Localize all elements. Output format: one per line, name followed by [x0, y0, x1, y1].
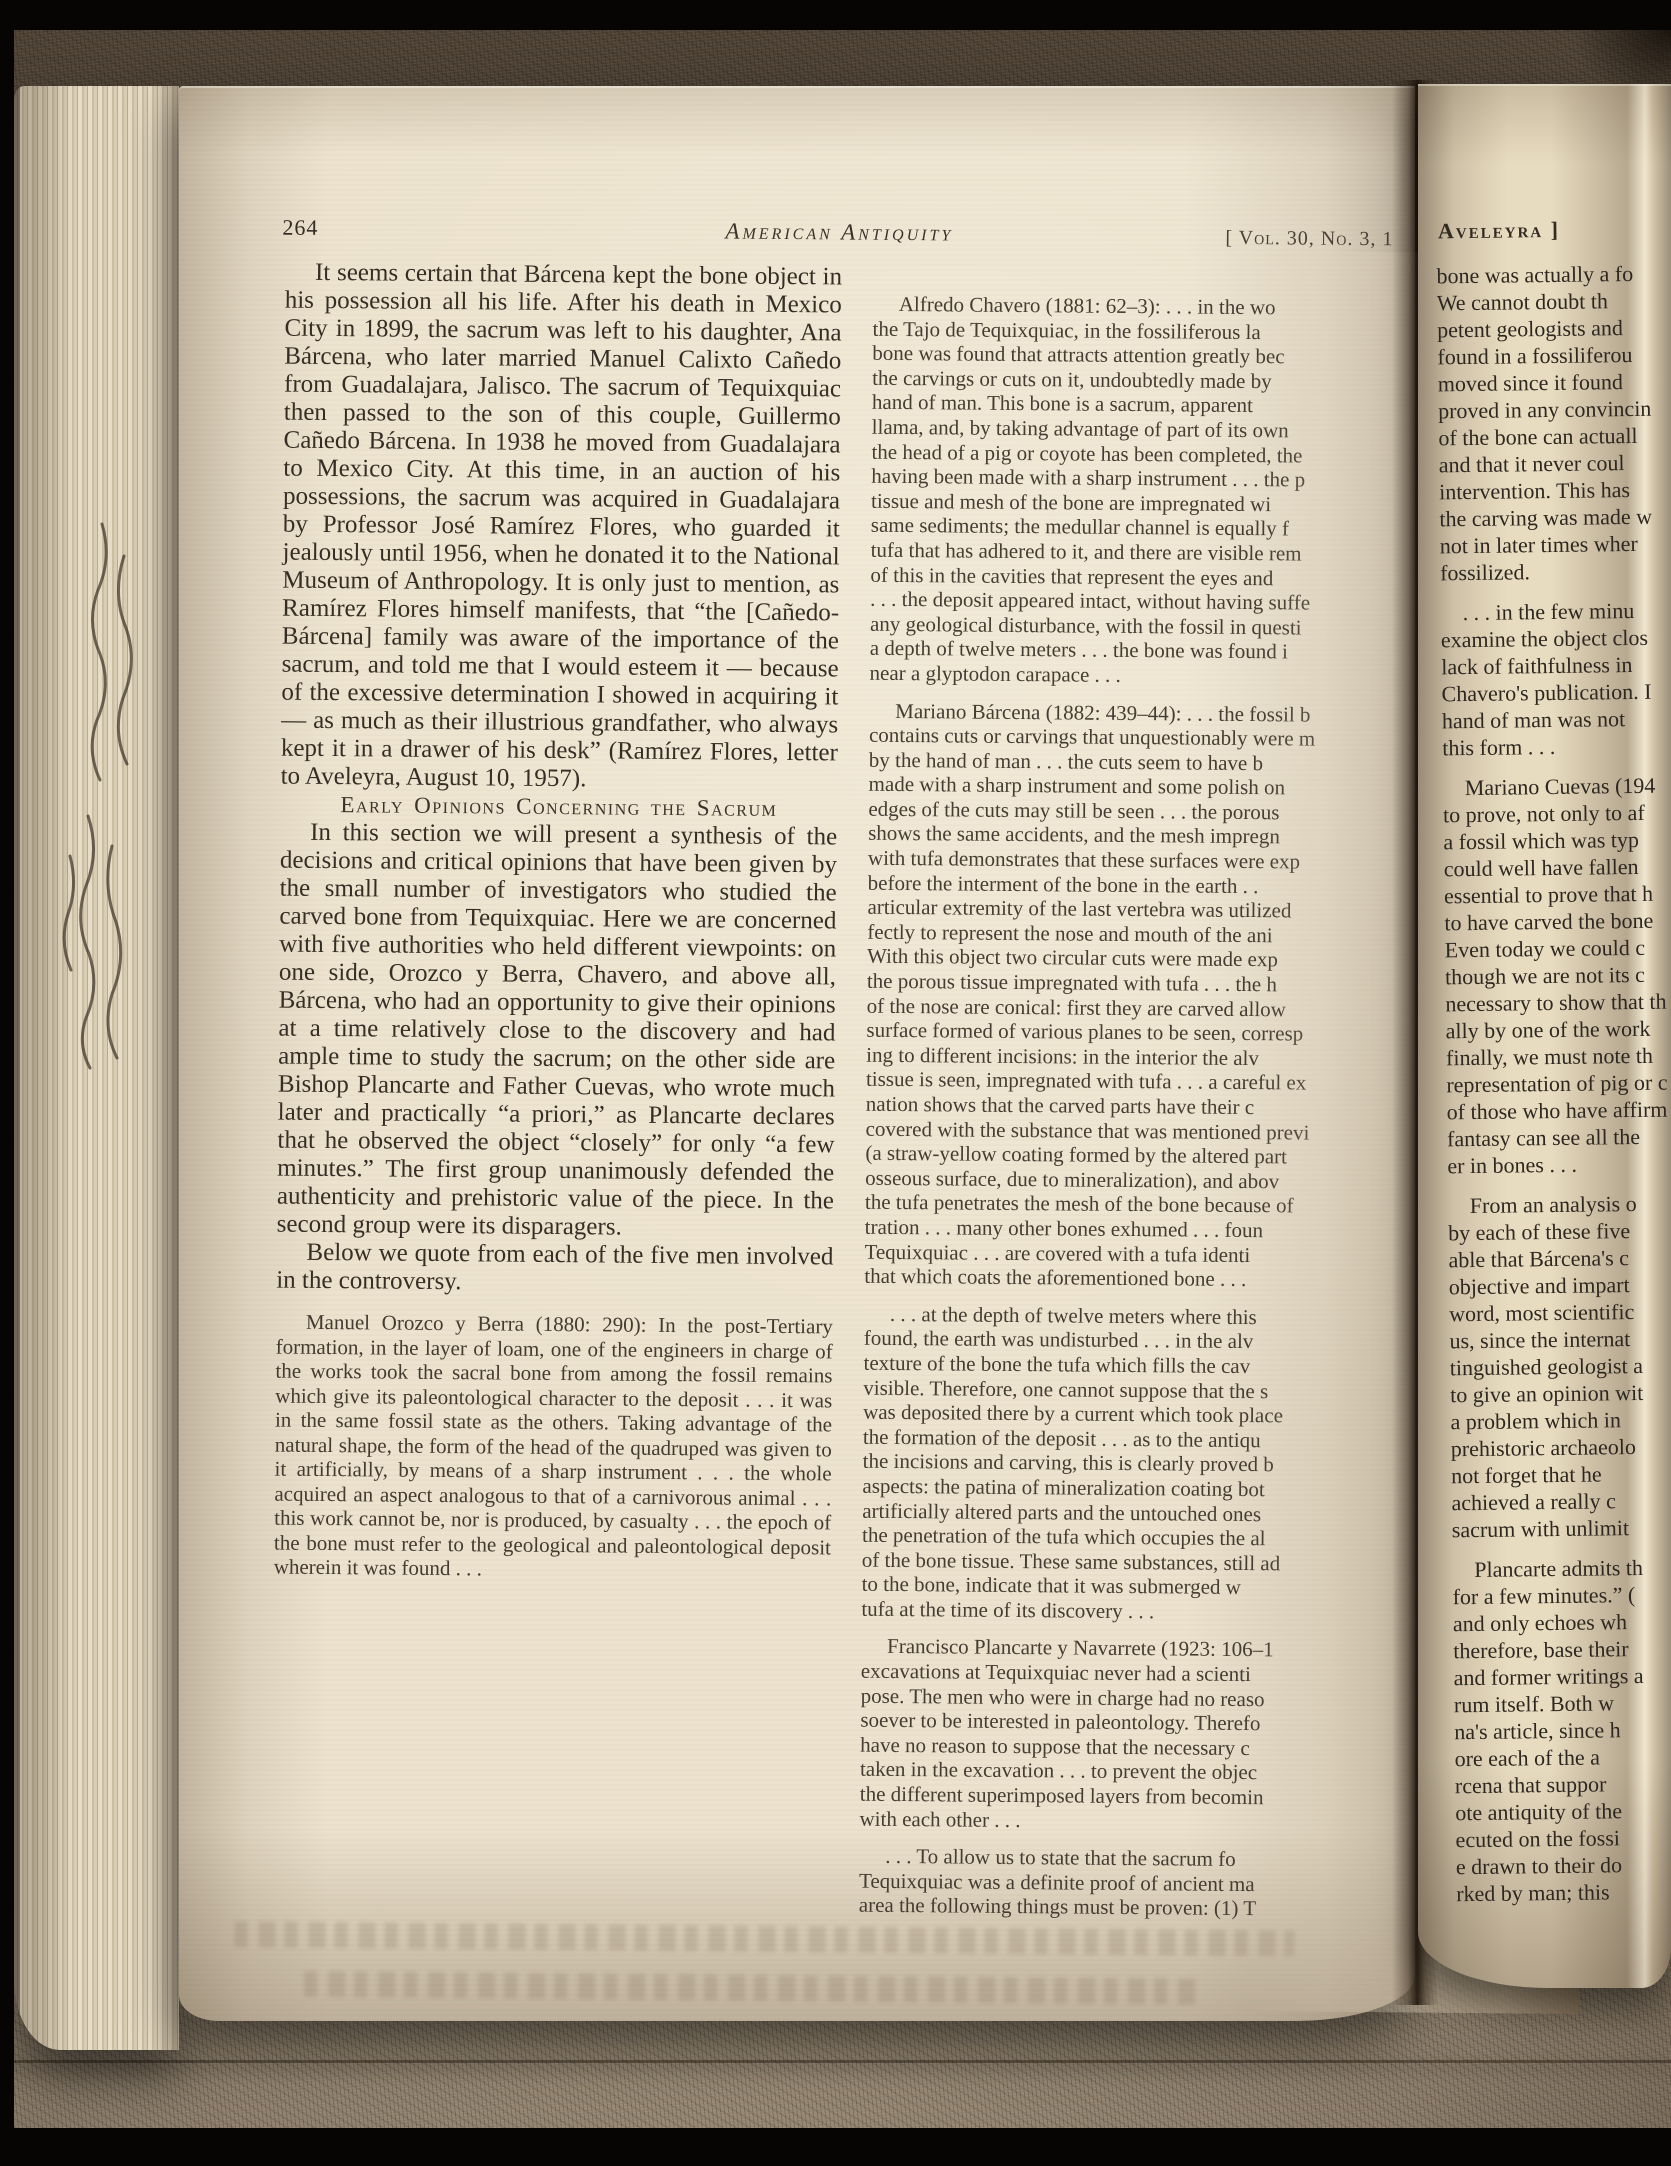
text-line: essential to prove that h: [1444, 879, 1671, 909]
quote-barcena: Mariano Bárcena (1882: 439–44): . . . th…: [864, 698, 1393, 1293]
analysis-block: From an analysis oby each of these fivea…: [1448, 1189, 1671, 1543]
text-line: proved in any convincin: [1438, 395, 1671, 425]
text-line: achieved a really c: [1451, 1486, 1671, 1516]
fore-edge-ink-markings-icon: [40, 516, 160, 1076]
text-line: prehistoric archaeolo: [1451, 1432, 1671, 1462]
journal-page-right: Aveleyra ] bone was actually a foWe cann…: [1418, 84, 1671, 1988]
text-line: that which coats the aforementioned bone…: [864, 1264, 1388, 1293]
text-line: therefore, base their: [1453, 1634, 1671, 1664]
text-line: with each other . . .: [859, 1806, 1383, 1835]
text-line: a problem which in: [1450, 1405, 1671, 1435]
running-header-author: Aveleyra ]: [1438, 217, 1560, 244]
text-line: representation of pig or c: [1446, 1068, 1671, 1098]
bleed-through-text-band: [304, 1971, 1204, 2005]
right-page-content: Aveleyra ] bone was actually a foWe cann…: [1416, 82, 1671, 1989]
text-line: ecuted on the fossi: [1455, 1823, 1671, 1853]
paragraph-below-we-quote: Below we quote from each of the five men…: [276, 1239, 833, 1300]
table-seam-line: [0, 2060, 1671, 2063]
volume-citation: [ Vol. 30, No. 3, 1: [1225, 227, 1393, 251]
text-line: though we are not its c: [1445, 960, 1671, 990]
text-line: and that it never coul: [1439, 449, 1671, 479]
text-line: us, since the internat: [1449, 1324, 1671, 1354]
text-line: From an analysis o: [1448, 1189, 1671, 1219]
text-line: rcena that suppor: [1455, 1769, 1671, 1799]
text-line: objective and impart: [1449, 1270, 1671, 1300]
journal-title: American Antiquity: [509, 217, 1169, 249]
text-line: tufa at the time of its discovery . . .: [861, 1597, 1385, 1626]
bleed-through-text-band: [234, 1921, 1294, 1956]
text-line: area the following things must be proven…: [859, 1893, 1383, 1922]
text-line: er in bones . . .: [1447, 1149, 1671, 1179]
text-line: tinguished geologist a: [1450, 1351, 1671, 1381]
text-line: lack of faithfulness in: [1441, 650, 1671, 680]
paragraph-provenance: It seems certain that Bárcena kept the b…: [281, 259, 843, 796]
left-page-content: 264 American Antiquity [ Vol. 30, No. 3,…: [164, 82, 1417, 2028]
text-line: ote antiquity of the: [1455, 1796, 1671, 1826]
text-line: sacrum with unlimit: [1452, 1513, 1671, 1543]
text-line: not in later times wher: [1440, 530, 1671, 560]
quote-chavero: Alfredo Chavero (1881: 62–3): . . . in t…: [869, 292, 1396, 690]
text-line: ore each of the a: [1454, 1742, 1671, 1772]
text-line: fossilized.: [1440, 557, 1671, 587]
left-text-column: It seems certain that Bárcena kept the b…: [274, 259, 843, 1584]
text-line: to have carved the bone: [1444, 906, 1671, 936]
text-line: and only echoes wh: [1453, 1607, 1671, 1637]
text-line: We cannot doubt th: [1437, 287, 1671, 317]
photo-border-left: [0, 0, 14, 2166]
text-line: could well have fallen: [1444, 852, 1671, 882]
text-line: moved since it found: [1438, 368, 1671, 398]
text-line: petent geologists and: [1437, 314, 1671, 344]
photo-border-bottom: [0, 2128, 1671, 2166]
text-line: examine the object clos: [1441, 623, 1671, 653]
text-line: word, most scientific: [1449, 1297, 1671, 1327]
text-line: necessary to show that th: [1445, 987, 1671, 1017]
text-line: finally, we must note th: [1446, 1041, 1671, 1071]
text-line: of those who have affirm: [1447, 1095, 1671, 1125]
journal-page-left: 264 American Antiquity [ Vol. 30, No. 3,…: [179, 86, 1415, 2021]
text-line: the carving was made w: [1439, 503, 1671, 533]
page-number: 264: [282, 215, 318, 241]
text-line: Chavero's publication. I: [1441, 677, 1671, 707]
text-line: to prove, not only to af: [1443, 798, 1671, 828]
text-line: e drawn to their do: [1456, 1850, 1671, 1880]
text-line: by each of these five: [1448, 1216, 1671, 1246]
text-line: fantasy can see all the: [1447, 1122, 1671, 1152]
right-text-column: Alfredo Chavero (1881: 62–3): . . . in t…: [859, 292, 1397, 1923]
text-line: found in a fossiliferou: [1437, 341, 1671, 371]
text-line: a fossil which was typ: [1443, 825, 1671, 855]
text-line: . . . in the few minu: [1440, 597, 1671, 627]
text-line: for a few minutes.” (: [1452, 1580, 1671, 1610]
quote-plancarte-continued: . . . To allow us to state that the sacr…: [859, 1844, 1384, 1922]
plancarte-admits-block: Plancarte admits thfor a few minutes.” (…: [1452, 1553, 1671, 1907]
text-line: Even today we could c: [1445, 933, 1671, 963]
text-line: ally by one of the work: [1446, 1014, 1671, 1044]
text-line: Plancarte admits th: [1452, 1553, 1671, 1583]
text-line: this form . . .: [1442, 731, 1671, 761]
running-header: 264 American Antiquity [ Vol. 30, No. 3,…: [179, 214, 1415, 261]
few-minutes-block: . . . in the few minuexamine the object …: [1440, 597, 1671, 762]
photo-border-top: [0, 0, 1671, 30]
right-page-text-column: bone was actually a foWe cannot doubt th…: [1436, 260, 1671, 1908]
quote-barcena-continued: . . . at the depth of twelve meters wher…: [861, 1301, 1388, 1625]
continuation-block: bone was actually a foWe cannot doubt th…: [1436, 260, 1671, 587]
book-fore-edge-page-stack: [14, 86, 179, 2050]
paragraph-synthesis: In this section we will present a synthe…: [277, 819, 838, 1244]
text-line: hand of man was not: [1442, 704, 1671, 734]
text-line: bone was actually a fo: [1436, 260, 1671, 290]
text-line: able that Bárcena's c: [1448, 1243, 1671, 1273]
text-line: rked by man; this: [1456, 1877, 1671, 1907]
text-line: not forget that he: [1451, 1459, 1671, 1489]
text-line: and former writings a: [1453, 1661, 1671, 1691]
quote-cuevas-block: Mariano Cuevas (194to prove, not only to…: [1443, 771, 1671, 1179]
text-line: of the bone can actuall: [1438, 422, 1671, 452]
text-line: rum itself. Both w: [1454, 1688, 1671, 1718]
book-photo-scene: 264 American Antiquity [ Vol. 30, No. 3,…: [0, 0, 1671, 2166]
quote-orozco-y-berra: Manuel Orozco y Berra (1880: 290): In th…: [274, 1310, 833, 1584]
text-line: to give an opinion wit: [1450, 1378, 1671, 1408]
text-line: na's article, since h: [1454, 1715, 1671, 1745]
text-line: Mariano Cuevas (194: [1443, 771, 1671, 801]
text-line: near a glyptodon carapace . . .: [869, 661, 1393, 690]
quote-plancarte: Francisco Plancarte y Navarrete (1923: 1…: [859, 1634, 1385, 1835]
text-line: intervention. This has: [1439, 476, 1671, 506]
